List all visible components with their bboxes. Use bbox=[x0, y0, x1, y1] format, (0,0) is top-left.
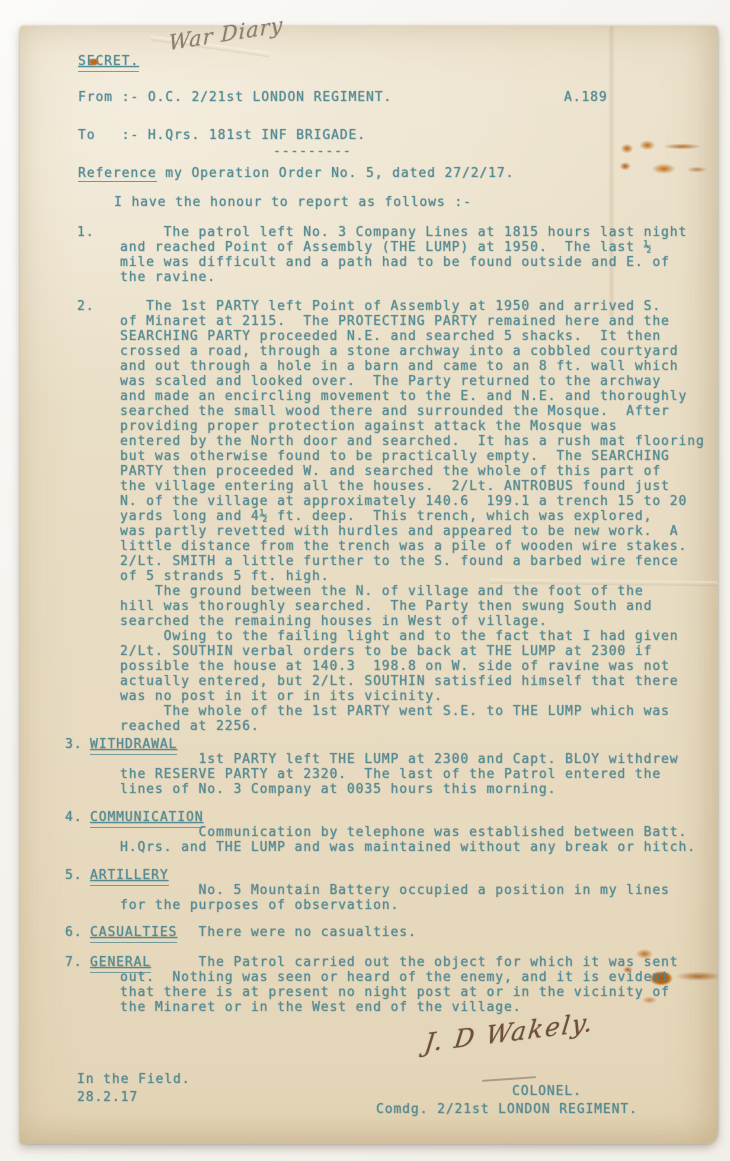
typed-line: reached at 2256. bbox=[120, 719, 720, 734]
typed-line: out. Nothing was seen or heard of the en… bbox=[120, 970, 720, 985]
typed-line: There were no casualties. bbox=[120, 925, 720, 940]
typed-line: crossed a road, through a stone archway … bbox=[120, 344, 720, 359]
typed-line: little distance from the trench was a pi… bbox=[120, 539, 720, 554]
section-number: 7. bbox=[65, 955, 82, 970]
typed-line: the village entering all the houses. 2/L… bbox=[120, 479, 720, 494]
typed-line: was no post in it or in its vicinity. bbox=[120, 689, 720, 704]
section-6: 6.CASUALTIES There were no casualties. bbox=[65, 925, 705, 940]
photographed-document: { "page": { "classification": "SECRET.",… bbox=[0, 0, 730, 1161]
typed-line: actually entered, but 2/Lt. SOUTHIN sati… bbox=[120, 674, 720, 689]
typed-line: No. 5 Mountain Battery occupied a positi… bbox=[120, 883, 720, 898]
section-number: 6. bbox=[65, 925, 82, 940]
section-heading: COMMUNICATION bbox=[90, 810, 203, 825]
section-number: 4. bbox=[65, 810, 82, 825]
typed-line: but was otherwise found to be practicall… bbox=[120, 449, 720, 464]
typed-line: The whole of the 1st PARTY went S.E. to … bbox=[120, 704, 720, 719]
section-body: 1st PARTY left THE LUMP at 2300 and Capt… bbox=[120, 752, 720, 797]
typed-line: the ravine. bbox=[120, 270, 720, 285]
typed-line: 1st PARTY left THE LUMP at 2300 and Capt… bbox=[120, 752, 720, 767]
typed-line: for the purposes of observation. bbox=[120, 898, 720, 913]
section-body: There were no casualties. bbox=[120, 925, 720, 940]
typed-line: possible the house at 140.3 198.8 on W. … bbox=[120, 659, 720, 674]
typed-line: providing proper protection against atta… bbox=[120, 419, 720, 434]
section-number: 1. bbox=[77, 225, 94, 240]
typed-line: of 5 strands 5 ft. high. bbox=[120, 569, 720, 584]
typed-line: H.Qrs. and THE LUMP and was maintained w… bbox=[120, 840, 720, 855]
section-number: 2. bbox=[77, 299, 94, 314]
rust-stain bbox=[616, 136, 708, 178]
place-line: In the Field. bbox=[77, 1072, 190, 1087]
rank-line: COLONEL. bbox=[512, 1084, 582, 1099]
typed-line: SEARCHING PARTY proceeded N.E. and searc… bbox=[120, 329, 720, 344]
typed-line: PARTY then proceeded W. and searched the… bbox=[120, 464, 720, 479]
section-number: 3. bbox=[65, 737, 82, 752]
typed-line: 2/Lt. SMITH a little further to the S. f… bbox=[120, 554, 720, 569]
typed-line: the Minaret or in the West end of the vi… bbox=[120, 1000, 720, 1015]
section-4: 4.COMMUNICATION Communication by telepho… bbox=[65, 810, 705, 855]
typed-line: The 1st PARTY left Point of Assembly at … bbox=[120, 299, 720, 314]
command-line: Comdg. 2/21st LONDON REGIMENT. bbox=[376, 1102, 638, 1117]
typed-line: that there is at present no night post a… bbox=[120, 985, 720, 1000]
typed-line: searched the remaining houses in West of… bbox=[120, 614, 720, 629]
section-body: The 1st PARTY left Point of Assembly at … bbox=[120, 299, 720, 734]
typed-line: The ground between the N. of village and… bbox=[120, 584, 720, 599]
section-body: No. 5 Mountain Battery occupied a positi… bbox=[120, 883, 720, 913]
typed-line: N. of the village at approximately 140.6… bbox=[120, 494, 720, 509]
typed-line: and made an encircling movement to the E… bbox=[120, 389, 720, 404]
typed-line: of Minaret at 2115. The PROTECTING PARTY… bbox=[120, 314, 720, 329]
section-5: 5.ARTILLERY No. 5 Mountain Battery occup… bbox=[65, 868, 705, 913]
typed-line: yards long and 4½ ft. deep. This trench,… bbox=[120, 509, 720, 524]
typed-line: was scaled and looked over. The Party re… bbox=[120, 374, 720, 389]
separator-dashes: --------- bbox=[273, 144, 352, 159]
document-paper: War Diary SECRET. From :- O.C. 2/21st LO… bbox=[20, 26, 718, 1144]
reference-line: Reference my Operation Order No. 5, date… bbox=[78, 166, 514, 181]
to-line: To :- H.Qrs. 181st INF BRIGADE. bbox=[78, 128, 366, 143]
typed-line: Communication by telephone was establish… bbox=[120, 825, 720, 840]
typed-line: and reached Point of Assembly (THE LUMP)… bbox=[120, 240, 720, 255]
section-number: 5. bbox=[65, 868, 82, 883]
typed-line: mile was difficult and a path had to be … bbox=[120, 255, 720, 270]
section-2: 2. The 1st PARTY left Point of Assembly … bbox=[65, 299, 705, 734]
from-line: From :- O.C. 2/21st LONDON REGIMENT. bbox=[78, 90, 392, 105]
signature-underline bbox=[482, 1076, 536, 1082]
section-3: 3.WITHDRAWAL 1st PARTY left THE LUMP at … bbox=[65, 737, 705, 797]
section-heading: ARTILLERY bbox=[90, 868, 169, 883]
typed-line: The Patrol carried out the object for wh… bbox=[120, 955, 720, 970]
classification-label: SECRET. bbox=[78, 54, 139, 69]
handwritten-note: War Diary bbox=[169, 13, 284, 56]
typed-line: lines of No. 3 Company at 0035 hours thi… bbox=[120, 782, 720, 797]
intro-line: I have the honour to report as follows :… bbox=[114, 195, 472, 210]
typed-line: Owing to the failing light and to the fa… bbox=[120, 629, 720, 644]
section-heading: WITHDRAWAL bbox=[90, 737, 177, 752]
reference-number: A.189 bbox=[564, 90, 608, 105]
section-1: 1. The patrol left No. 3 Company Lines a… bbox=[65, 225, 705, 285]
section-body: The patrol left No. 3 Company Lines at 1… bbox=[120, 225, 720, 285]
typed-line: The patrol left No. 3 Company Lines at 1… bbox=[120, 225, 720, 240]
typed-line: was partly revetted with hurdles and app… bbox=[120, 524, 720, 539]
section-7: 7.GENERAL The Patrol carried out the obj… bbox=[65, 955, 705, 1015]
typed-line: and out through a hole in a barn and cam… bbox=[120, 359, 720, 374]
section-body: Communication by telephone was establish… bbox=[120, 825, 720, 855]
typed-line: searched the small wood there and surrou… bbox=[120, 404, 720, 419]
section-body: The Patrol carried out the object for wh… bbox=[120, 955, 720, 1015]
typed-line: 2/Lt. SOUTHIN verbal orders to be back a… bbox=[120, 644, 720, 659]
typed-line: hill was thoroughly searched. The Party … bbox=[120, 599, 720, 614]
date-line: 28.2.17 bbox=[77, 1090, 138, 1105]
typed-line: entered by the North door and searched. … bbox=[120, 434, 720, 449]
typed-line: the RESERVE PARTY at 2320. The last of t… bbox=[120, 767, 720, 782]
